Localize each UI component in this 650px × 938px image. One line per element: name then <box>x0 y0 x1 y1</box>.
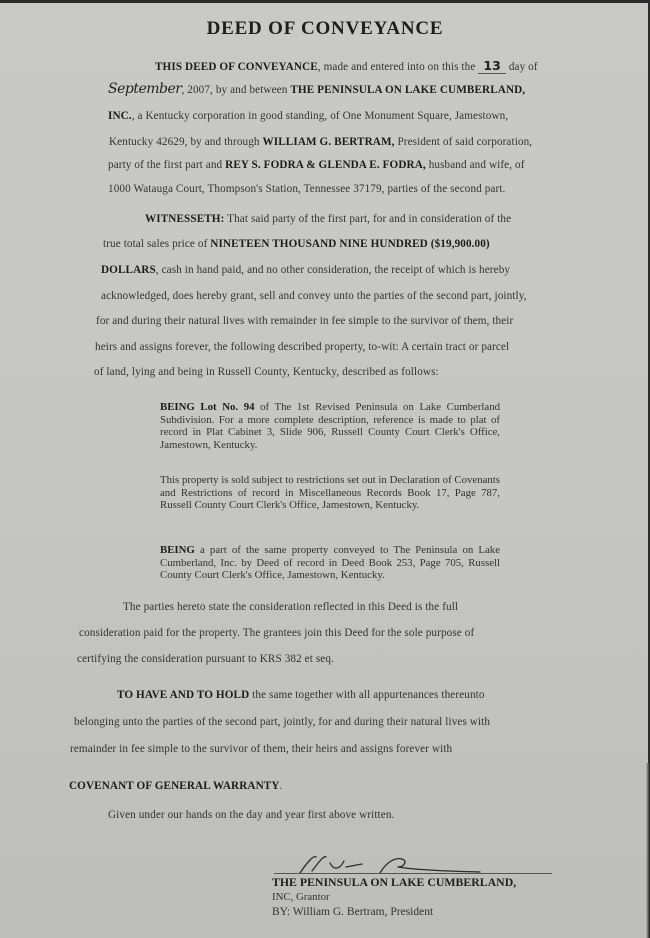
closing-statement: Given under our hands on the day and yea… <box>108 809 394 821</box>
intro-line-5: party of the first part and REY S. FODRA… <box>108 159 525 171</box>
witnesseth-line-2: true total sales price of NINETEEN THOUS… <box>103 238 490 250</box>
grantor-role: INC, Grantor <box>272 891 330 903</box>
signature-line <box>274 873 552 874</box>
covenant-warranty: COVENANT OF GENERAL WARRANTY <box>69 780 280 792</box>
habendum-lead: TO HAVE AND TO HOLD <box>117 689 249 701</box>
property-block-source: BEING a part of the same property convey… <box>160 544 500 582</box>
intro-lead: THIS DEED OF CONVEYANCE <box>155 61 318 73</box>
grantor-party: THE PENINSULA ON LAKE CUMBERLAND, <box>290 84 525 96</box>
witnesseth-line-5: for and during their natural lives with … <box>96 315 513 327</box>
grantees-names: REY S. FODRA & GLENDA E. FODRA, <box>225 159 426 171</box>
intro-line-3: INC., a Kentucky corporation in good sta… <box>108 110 508 122</box>
grantor-name: THE PENINSULA ON LAKE CUMBERLAND, <box>272 875 516 890</box>
handwritten-month: September <box>108 81 181 97</box>
habendum-line-4: COVENANT OF GENERAL WARRANTY. <box>69 780 282 792</box>
witnesseth-line-3: DOLLARS, cash in hand paid, and no other… <box>101 264 510 276</box>
president-name: WILLIAM G. BERTRAM, <box>263 136 395 148</box>
property-block-lot: BEING Lot No. 94 of The 1st Revised Peni… <box>160 401 500 451</box>
property-block-restrictions: This property is sold subject to restric… <box>160 474 500 512</box>
sales-price: NINETEEN THOUSAND NINE HUNDRED ($19,900.… <box>210 238 489 250</box>
intro-line-4: Kentucky 42629, by and through WILLIAM G… <box>109 136 532 148</box>
witnesseth-line-1: WITNESSETH: That said party of the first… <box>145 213 511 225</box>
handwritten-day: 13 <box>478 58 506 74</box>
document-title: DEED OF CONVEYANCE <box>0 18 650 40</box>
witnesseth-line-4: acknowledged, does hereby grant, sell an… <box>101 290 527 302</box>
consideration-line-3: certifying the consideration pursuant to… <box>77 653 334 665</box>
intro-line-2: September, 2007, by and between THE PENI… <box>108 81 525 97</box>
intro-line-6: 1000 Watauga Court, Thompson's Station, … <box>108 183 505 195</box>
intro-line-1: THIS DEED OF CONVEYANCE, made and entere… <box>155 58 538 73</box>
habendum-line-2: belonging unto the parties of the second… <box>74 716 490 728</box>
habendum-line-1: TO HAVE AND TO HOLD the same together wi… <box>117 689 485 701</box>
witnesseth-label: WITNESSETH: <box>145 213 224 225</box>
signed-by: BY: William G. Bertram, President <box>272 906 433 918</box>
witnesseth-line-7: of land, lying and being in Russell Coun… <box>94 366 439 378</box>
consideration-line-2: consideration paid for the property. The… <box>79 627 474 639</box>
habendum-line-3: remainder in fee simple to the survivor … <box>70 743 452 755</box>
consideration-line-1: The parties hereto state the considerati… <box>123 601 458 613</box>
witnesseth-line-6: heirs and assigns forever, the following… <box>95 341 509 353</box>
deed-page: DEED OF CONVEYANCE THIS DEED OF CONVEYAN… <box>0 3 648 938</box>
